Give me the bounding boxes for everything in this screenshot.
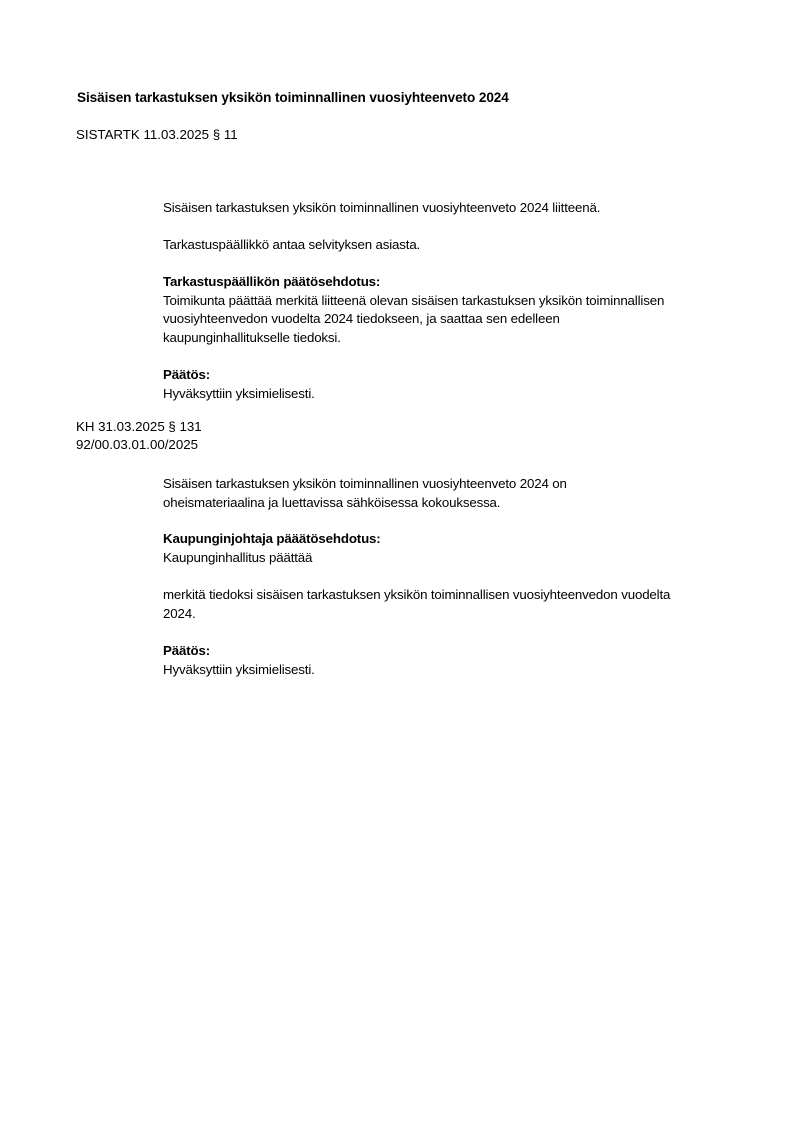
- decision-heading: Päätös:: [163, 642, 753, 661]
- proposal-heading: Tarkastuspäällikön päätösehdotus:: [163, 273, 753, 292]
- section2-proposal: Kaupunginjohtaja pääätösehdotus: Kaupung…: [163, 530, 753, 567]
- proposal-line: merkitä tiedoksi sisäisen tarkastuksen y…: [163, 586, 753, 605]
- section2-intro: Sisäisen tarkastuksen yksikön toiminnall…: [163, 475, 753, 512]
- section1-intro: Sisäisen tarkastuksen yksikön toiminnall…: [163, 199, 753, 218]
- section1-proposal: Tarkastuspäällikön päätösehdotus: Toimik…: [163, 273, 753, 347]
- proposal-heading: Kaupunginjohtaja pääätösehdotus:: [163, 530, 753, 549]
- section2-decision: Päätös: Hyväksyttiin yksimielisesti.: [163, 642, 753, 679]
- section2-proposal-body: merkitä tiedoksi sisäisen tarkastuksen y…: [163, 586, 753, 623]
- proposal-line: Toimikunta päättää merkitä liitteenä ole…: [163, 292, 753, 311]
- proposal-line: 2024.: [163, 605, 753, 624]
- meeting-reference-kh: KH 31.03.2025 § 131: [76, 418, 202, 437]
- proposal-line: vuosiyhteenvedon vuodelta 2024 tiedoksee…: [163, 310, 753, 329]
- decision-text: Hyväksyttiin yksimielisesti.: [163, 661, 753, 680]
- section1-decision: Päätös: Hyväksyttiin yksimielisesti.: [163, 366, 753, 403]
- intro-line: oheismateriaalina ja luettavissa sähköis…: [163, 494, 753, 513]
- proposal-line: kaupunginhallitukselle tiedoksi.: [163, 329, 753, 348]
- meeting-reference-sistartk: SISTARTK 11.03.2025 § 11: [76, 126, 238, 145]
- record-id: 92/00.03.01.00/2025: [76, 436, 198, 455]
- intro-line: Sisäisen tarkastuksen yksikön toiminnall…: [163, 475, 753, 494]
- document-title: Sisäisen tarkastuksen yksikön toiminnall…: [77, 89, 509, 108]
- decision-text: Hyväksyttiin yksimielisesti.: [163, 385, 753, 404]
- section1-presenter: Tarkastuspäällikkö antaa selvityksen asi…: [163, 236, 753, 255]
- proposal-intro: Kaupunginhallitus päättää: [163, 549, 753, 568]
- presenter-text: Tarkastuspäällikkö antaa selvityksen asi…: [163, 236, 753, 255]
- decision-heading: Päätös:: [163, 366, 753, 385]
- intro-text: Sisäisen tarkastuksen yksikön toiminnall…: [163, 199, 753, 218]
